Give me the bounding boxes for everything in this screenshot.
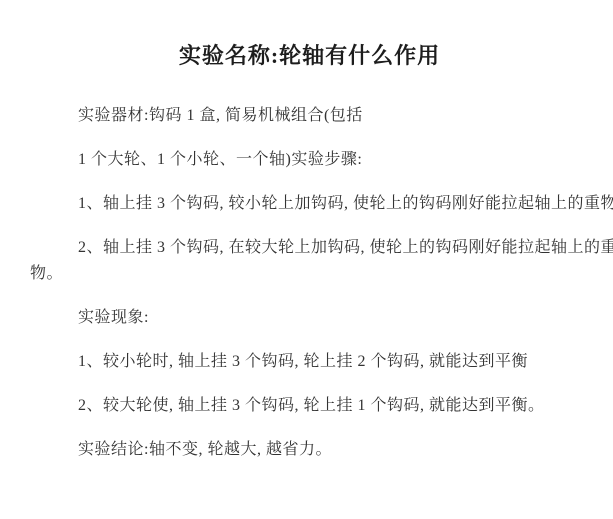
step-2-line-1: 2、轴上挂 3 个钩码, 在较大轮上加钩码, 使轮上的钩码刚好能拉起轴上的重 — [30, 235, 553, 261]
equipment-line-1: 实验器材:钩码 1 盒, 简易机械组合(包括 — [30, 103, 553, 129]
step-2-line-2-continuation: 物。 — [30, 261, 553, 287]
phenomenon-2-line: 2、较大轮使, 轴上挂 3 个钩码, 轮上挂 1 个钩码, 就能达到平衡。 — [30, 393, 553, 419]
document-page: 实验名称:轮轴有什么作用 实验器材:钩码 1 盒, 简易机械组合(包括 1 个大… — [0, 0, 613, 519]
document-title: 实验名称:轮轴有什么作用 — [30, 42, 553, 70]
step-1-line: 1、轴上挂 3 个钩码, 较小轮上加钩码, 使轮上的钩码刚好能拉起轴上的重物 — [30, 191, 553, 217]
conclusion-line: 实验结论:轴不变, 轮越大, 越省力。 — [30, 437, 553, 463]
phenomenon-1-line: 1、较小轮时, 轴上挂 3 个钩码, 轮上挂 2 个钩码, 就能达到平衡 — [30, 349, 553, 375]
phenomena-heading: 实验现象: — [30, 305, 553, 331]
equipment-line-2-steps-heading: 1 个大轮、1 个小轮、一个轴)实验步骤: — [30, 147, 553, 173]
